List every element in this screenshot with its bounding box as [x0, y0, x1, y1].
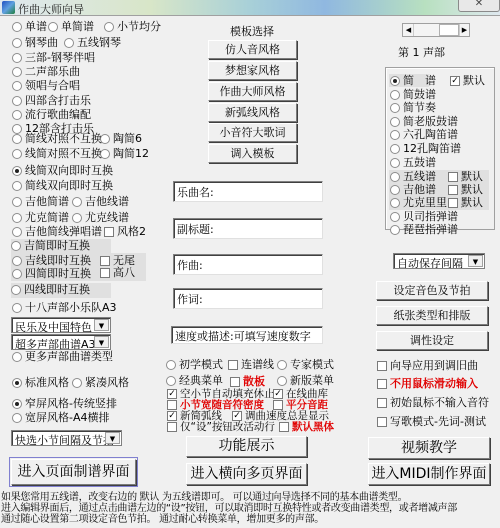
- check-no-mouse-note[interactable]: 初始鼠标不输入音符: [377, 396, 489, 410]
- radio-icon: [390, 185, 400, 195]
- enter-midi-button[interactable]: 进入MIDI制作界面: [368, 463, 490, 485]
- radio-taojian6[interactable]: 陶简6: [100, 132, 142, 146]
- radio-wide-screen[interactable]: 宽屏风格-A4横排: [12, 411, 110, 425]
- enter-page-button[interactable]: 进入页面制谱界面: [11, 459, 136, 485]
- checkbox-icon: [104, 227, 114, 237]
- radio-sijian[interactable]: 四简即时互换: [12, 267, 91, 281]
- radio-xj-two-way[interactable]: 线简双向即时互换: [12, 164, 113, 178]
- check-default-guitar[interactable]: 默认: [448, 183, 483, 196]
- radio-icon: [12, 22, 22, 32]
- radio-icon: [390, 90, 400, 100]
- radio-single-score[interactable]: 单谱: [12, 20, 47, 34]
- radio-icon: [12, 67, 22, 77]
- radio-icon: [12, 38, 22, 48]
- composer-input[interactable]: 作曲:: [173, 254, 323, 275]
- radio-icon: [12, 110, 22, 120]
- radio-more-types[interactable]: 更多声部曲谱类型: [12, 350, 113, 364]
- radio-icon: [390, 130, 400, 140]
- radio-notation-five-drum[interactable]: 五鼓谱: [390, 156, 436, 169]
- radio-notation-pipa[interactable]: 琵琶指弹谱: [390, 223, 458, 236]
- help-note-1: 如果您常用五线谱，改变右边的 默认 为五线谱即可。 可以通过向导选择不同的基本曲…: [1, 492, 407, 503]
- radio-icon: [12, 256, 22, 266]
- multi-voice-select[interactable]: 超多声部曲谱A3▼: [11, 334, 111, 350]
- check-set-button-only[interactable]: 仅“设”按钮改活动行: [167, 421, 275, 433]
- key-setting-button[interactable]: 调性设定: [376, 331, 488, 350]
- radio-icon: [12, 269, 22, 279]
- radio-icon: [48, 22, 58, 32]
- radio-notation-jianpu[interactable]: 简 谱: [390, 74, 436, 87]
- radio-icon: [390, 198, 400, 208]
- radio-icon: [12, 213, 22, 223]
- radio-classic-menu[interactable]: 经典菜单: [166, 374, 223, 388]
- radio-icon: [11, 241, 21, 251]
- checkbox-icon: [448, 185, 458, 195]
- dropdown-arrow-icon: ▼: [468, 255, 483, 267]
- radio-xj-compare[interactable]: 线简对照不互换: [12, 147, 102, 161]
- radio-four-part-perc[interactable]: 四部含打击乐: [12, 94, 91, 108]
- radio-icon: [12, 413, 22, 423]
- radio-three-part[interactable]: 三部-钢琴伴唱: [12, 51, 95, 65]
- checkbox-icon: [273, 400, 283, 410]
- check-apply-old[interactable]: 向导应用到调旧曲: [377, 359, 478, 373]
- radio-icon: [390, 212, 400, 222]
- radio-notation-rhythm[interactable]: 简节奏: [390, 101, 436, 114]
- radio-icon: [12, 81, 22, 91]
- checkbox-icon: ✓: [167, 411, 177, 421]
- checkbox-icon: ✓: [232, 411, 242, 421]
- template-button-renyin[interactable]: 仿人音风格: [208, 40, 297, 59]
- radio-jixian[interactable]: 吉线即时互换: [12, 254, 91, 268]
- radio-band18[interactable]: 十八声部小乐队A3: [12, 301, 117, 315]
- check-no-mouse-slide[interactable]: 不用鼠标滑动输入: [377, 377, 478, 391]
- check-default-ukulele[interactable]: 默认: [448, 196, 483, 209]
- subtitle-input[interactable]: 副标题:: [173, 218, 323, 239]
- folk-select[interactable]: 民乐及中国特色▼: [11, 317, 111, 333]
- radio-icon: [72, 378, 82, 388]
- check-sanban[interactable]: 散板: [230, 375, 265, 389]
- quick-bar-select[interactable]: 快选小节间隔及节拍▼: [11, 430, 122, 446]
- radio-two-voice[interactable]: 二声部乐曲: [12, 65, 80, 79]
- checkbox-icon: [377, 379, 387, 389]
- template-button-lyrics[interactable]: 小音符大歌词: [208, 123, 297, 142]
- radio-taojian12[interactable]: 陶简12: [100, 147, 149, 161]
- radio-narrow-screen[interactable]: 窄屏风格-传统竖排: [12, 397, 117, 411]
- check-song-mode[interactable]: 写歌模式-先词-测试: [377, 415, 486, 429]
- checkbox-icon: [448, 172, 458, 182]
- radio-icon: [12, 303, 22, 313]
- radio-icon: [166, 376, 176, 386]
- check-default-bold[interactable]: 默认黑体: [279, 421, 334, 433]
- app-icon: [2, 1, 15, 14]
- radio-beginner-mode[interactable]: 初学模式: [166, 358, 223, 372]
- checkbox-icon: ✓: [273, 389, 283, 399]
- radio-icon: [12, 149, 22, 159]
- window-title: 作曲大师向导: [18, 1, 84, 17]
- radio-icon: [100, 149, 110, 159]
- checkbox-icon: [167, 400, 177, 410]
- radio-notation-ukulele[interactable]: 尤克里里: [390, 196, 447, 209]
- radio-icon: [12, 378, 22, 388]
- radio-jx-two-way[interactable]: 简线双向即时互换: [12, 179, 113, 193]
- radio-pop-arrange[interactable]: 流行歌曲编配: [12, 108, 91, 122]
- radio-icon: [72, 213, 82, 223]
- radio-standard-style[interactable]: 标准风格: [12, 376, 69, 390]
- scroll-left-icon[interactable]: ◀: [404, 24, 414, 36]
- radio-compact-style[interactable]: 紧凑风格: [72, 376, 129, 390]
- radio-icon: [277, 376, 287, 386]
- checkbox-icon: [100, 268, 110, 278]
- radio-notation-staff[interactable]: 五线谱: [390, 170, 436, 183]
- radio-notation-old-drum[interactable]: 简老版鼓谱: [390, 115, 458, 128]
- radio-icon: [64, 38, 74, 48]
- radio-icon: [100, 134, 110, 144]
- radio-icon: [277, 360, 287, 370]
- checkbox-icon: [230, 377, 240, 387]
- checkbox-icon: [279, 422, 289, 432]
- radio-icon: [12, 352, 22, 362]
- checkbox-icon: [448, 198, 458, 208]
- radio-notation-drum[interactable]: 简鼓谱: [390, 88, 436, 101]
- checkbox-icon: [377, 361, 387, 371]
- radio-sixian[interactable]: 四线即时互换: [11, 283, 111, 298]
- lyricist-input[interactable]: 作词:: [173, 288, 323, 309]
- radio-icon: [11, 285, 21, 295]
- template-button-master[interactable]: 作曲大师风格: [208, 82, 297, 101]
- radio-icon: [72, 197, 82, 207]
- radio-notation-guitar[interactable]: 吉他谱: [390, 183, 436, 196]
- radio-notation-ocarina6[interactable]: 六孔陶笛谱: [390, 128, 458, 141]
- radio-staff-piano[interactable]: 五线钢琴: [64, 36, 121, 50]
- check-style2[interactable]: 风格2: [104, 225, 146, 239]
- template-button-arc[interactable]: 新弧线风格: [208, 103, 297, 122]
- radio-icon: [12, 197, 22, 207]
- radio-icon: [12, 134, 22, 144]
- check-slur-line[interactable]: 连谱线: [228, 358, 274, 372]
- help-note-2: 进入编辑界面后，通过点击曲谱左边的“设”按钮，可以取消即时互换特性或者改变曲谱类…: [1, 503, 457, 514]
- dropdown-arrow-icon: ▼: [94, 319, 109, 331]
- radio-icon: [390, 158, 400, 168]
- autosave-select[interactable]: 自动保存间隔▼: [393, 253, 485, 269]
- radio-bar-even[interactable]: 小节均分: [104, 20, 161, 34]
- checkbox-icon: ✓: [167, 389, 177, 399]
- feature-demo-button[interactable]: 功能展示: [186, 436, 307, 457]
- radio-guitar-staff[interactable]: 吉他线谱: [72, 195, 129, 209]
- radio-icon: [390, 103, 400, 113]
- check-default-jianpu[interactable]: ✓默认: [450, 74, 485, 87]
- radio-icon: [104, 22, 114, 32]
- video-tutorial-button[interactable]: 视频教学: [368, 437, 490, 459]
- radio-icon: [390, 144, 400, 154]
- radio-icon: [390, 172, 400, 182]
- radio-expert-mode[interactable]: 专家模式: [277, 358, 334, 372]
- dropdown-arrow-icon: ▼: [105, 432, 120, 444]
- radio-icon: [12, 53, 22, 63]
- check-gaoba[interactable]: 高八: [100, 266, 135, 280]
- radio-single-jianpu[interactable]: 单简谱: [48, 20, 94, 34]
- radio-lead-chorus[interactable]: 领唱与合唱: [12, 79, 80, 93]
- radio-new-menu[interactable]: 新版菜单: [277, 374, 334, 388]
- load-template-button[interactable]: 调入模板: [208, 144, 297, 163]
- radio-icon: [12, 96, 22, 106]
- radio-icon: [12, 227, 22, 237]
- radio-piano[interactable]: 钢琴曲: [12, 36, 58, 50]
- radio-jijian[interactable]: 吉简即时互换: [11, 239, 111, 254]
- radio-notation-bass[interactable]: 贝司指弹谱: [390, 210, 458, 223]
- dropdown-arrow-icon: ▼: [94, 336, 109, 348]
- radio-icon: [12, 399, 22, 409]
- radio-jx-compare[interactable]: 简线对照不互换: [12, 132, 102, 146]
- set-timbre-button[interactable]: 设定音色及节拍: [376, 281, 488, 300]
- checkbox-icon: [100, 256, 110, 266]
- scroll-thumb[interactable]: [439, 24, 459, 36]
- radio-icon: [12, 166, 22, 176]
- checkbox-icon: [167, 422, 177, 432]
- radio-guitar-sing[interactable]: 吉他简线弹唱谱: [12, 225, 102, 239]
- template-button-dreamer[interactable]: 梦想家风格: [208, 61, 297, 80]
- voice-scrollbar[interactable]: ◀ ▶: [402, 23, 470, 37]
- radio-icon: [166, 360, 176, 370]
- enter-horizontal-button[interactable]: 进入横向多页界面: [186, 463, 307, 485]
- close-button[interactable]: ✕: [458, 0, 500, 12]
- tempo-input[interactable]: 速度或描述:可填写速度数字: [171, 326, 323, 344]
- template-title: 模板选择: [230, 23, 274, 39]
- radio-notation-ocarina12[interactable]: 12孔陶笛谱: [390, 142, 461, 155]
- help-note-3: 通过随心设置第二项设定音色节拍。 通过耐心转换菜单，增加更多的声部。: [1, 514, 324, 525]
- title-input[interactable]: 乐曲名:: [173, 181, 323, 202]
- radio-ukulele-jianpu[interactable]: 尤克简谱: [12, 211, 69, 225]
- paper-layout-button[interactable]: 纸张类型和排版: [376, 306, 488, 325]
- checkbox-icon: [377, 398, 387, 408]
- radio-ukulele-staff[interactable]: 尤克线谱: [72, 211, 129, 225]
- check-default-staff[interactable]: 默认: [448, 170, 483, 183]
- radio-icon: [390, 117, 400, 127]
- radio-icon: [390, 225, 400, 235]
- checkbox-icon: [377, 417, 387, 427]
- radio-icon: [12, 181, 22, 191]
- scroll-right-icon[interactable]: ▶: [459, 24, 469, 36]
- checkbox-icon: [228, 360, 238, 370]
- radio-icon: [390, 76, 400, 86]
- radio-guitar-jianpu[interactable]: 吉他简谱: [12, 195, 69, 209]
- checkbox-icon: ✓: [450, 76, 460, 86]
- voice-label: 第 1 声部: [398, 44, 445, 60]
